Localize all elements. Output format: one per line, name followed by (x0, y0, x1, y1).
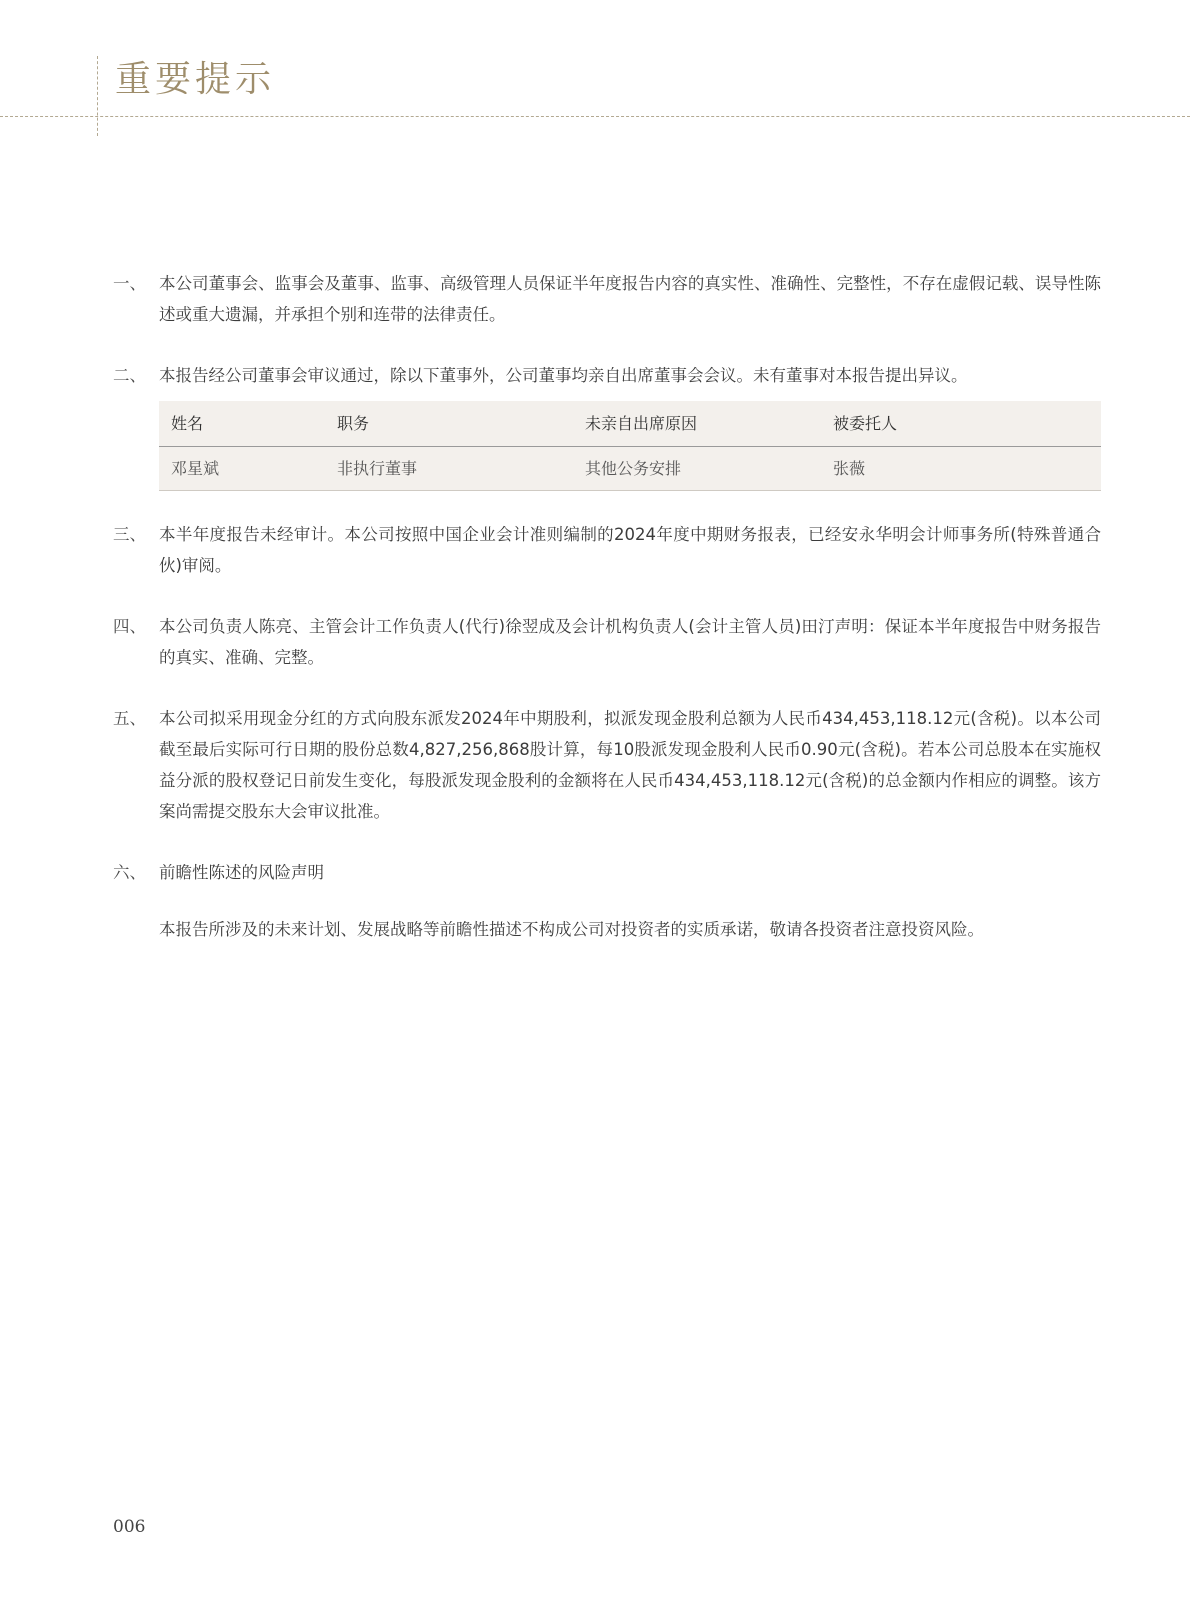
table-header-row: 姓名 职务 未亲自出席原因 被委托人 (159, 401, 1101, 447)
cell-proxy: 张薇 (821, 447, 1101, 491)
column-header-proxy: 被委托人 (821, 401, 1101, 447)
table-row: 邓星斌 非执行董事 其他公务安排 张薇 (159, 447, 1101, 491)
page-number: 006 (113, 1517, 145, 1537)
notice-item-2: 二、 本报告经公司董事会审议通过，除以下董事外，公司董事均亲自出席董事会会议。未… (113, 360, 1101, 391)
header-dashed-rule (0, 116, 1190, 117)
column-header-reason: 未亲自出席原因 (573, 401, 821, 447)
item-number: 三、 (113, 519, 159, 581)
notice-item-5: 五、 本公司拟采用现金分红的方式向股东派发2024年中期股利，拟派发现金股利总额… (113, 703, 1101, 827)
notice-item-3: 三、 本半年度报告未经审计。本公司按照中国企业会计准则编制的2024年度中期财务… (113, 519, 1101, 581)
cell-reason: 其他公务安排 (573, 447, 821, 491)
absent-directors-table: 姓名 职务 未亲自出席原因 被委托人 邓星斌 非执行董事 其他公务安排 张薇 (159, 401, 1101, 491)
notice-item-1: 一、 本公司董事会、监事会及董事、监事、高级管理人员保证半年度报告内容的真实性、… (113, 268, 1101, 330)
item-number: 六、 (113, 857, 159, 888)
item-number: 二、 (113, 360, 159, 391)
notice-content: 一、 本公司董事会、监事会及董事、监事、高级管理人员保证半年度报告内容的真实性、… (113, 268, 1101, 945)
item-text: 本公司拟采用现金分红的方式向股东派发2024年中期股利，拟派发现金股利总额为人民… (159, 703, 1101, 827)
item-heading: 前瞻性陈述的风险声明 (159, 857, 1101, 888)
item-text: 本报告经公司董事会审议通过，除以下董事外，公司董事均亲自出席董事会会议。未有董事… (159, 360, 1101, 391)
notice-item-6: 六、 前瞻性陈述的风险声明 (113, 857, 1101, 888)
header-vertical-dashed-rule (97, 56, 98, 136)
notice-item-4: 四、 本公司负责人陈亮、主管会计工作负责人(代行)徐翌成及会计机构负责人(会计主… (113, 611, 1101, 673)
item-text: 本公司负责人陈亮、主管会计工作负责人(代行)徐翌成及会计机构负责人(会计主管人员… (159, 611, 1101, 673)
item-number: 四、 (113, 611, 159, 673)
item-number: 五、 (113, 703, 159, 827)
page-title: 重要提示 (115, 62, 275, 98)
cell-name: 邓星斌 (159, 447, 325, 491)
item-text: 本公司董事会、监事会及董事、监事、高级管理人员保证半年度报告内容的真实性、准确性… (159, 268, 1101, 330)
item-text: 本半年度报告未经审计。本公司按照中国企业会计准则编制的2024年度中期财务报表，… (159, 519, 1101, 581)
risk-statement-paragraph: 本报告所涉及的未来计划、发展战略等前瞻性描述不构成公司对投资者的实质承诺，敬请各… (159, 914, 1101, 945)
cell-position: 非执行董事 (325, 447, 573, 491)
column-header-name: 姓名 (159, 401, 325, 447)
item-number: 一、 (113, 268, 159, 330)
column-header-position: 职务 (325, 401, 573, 447)
